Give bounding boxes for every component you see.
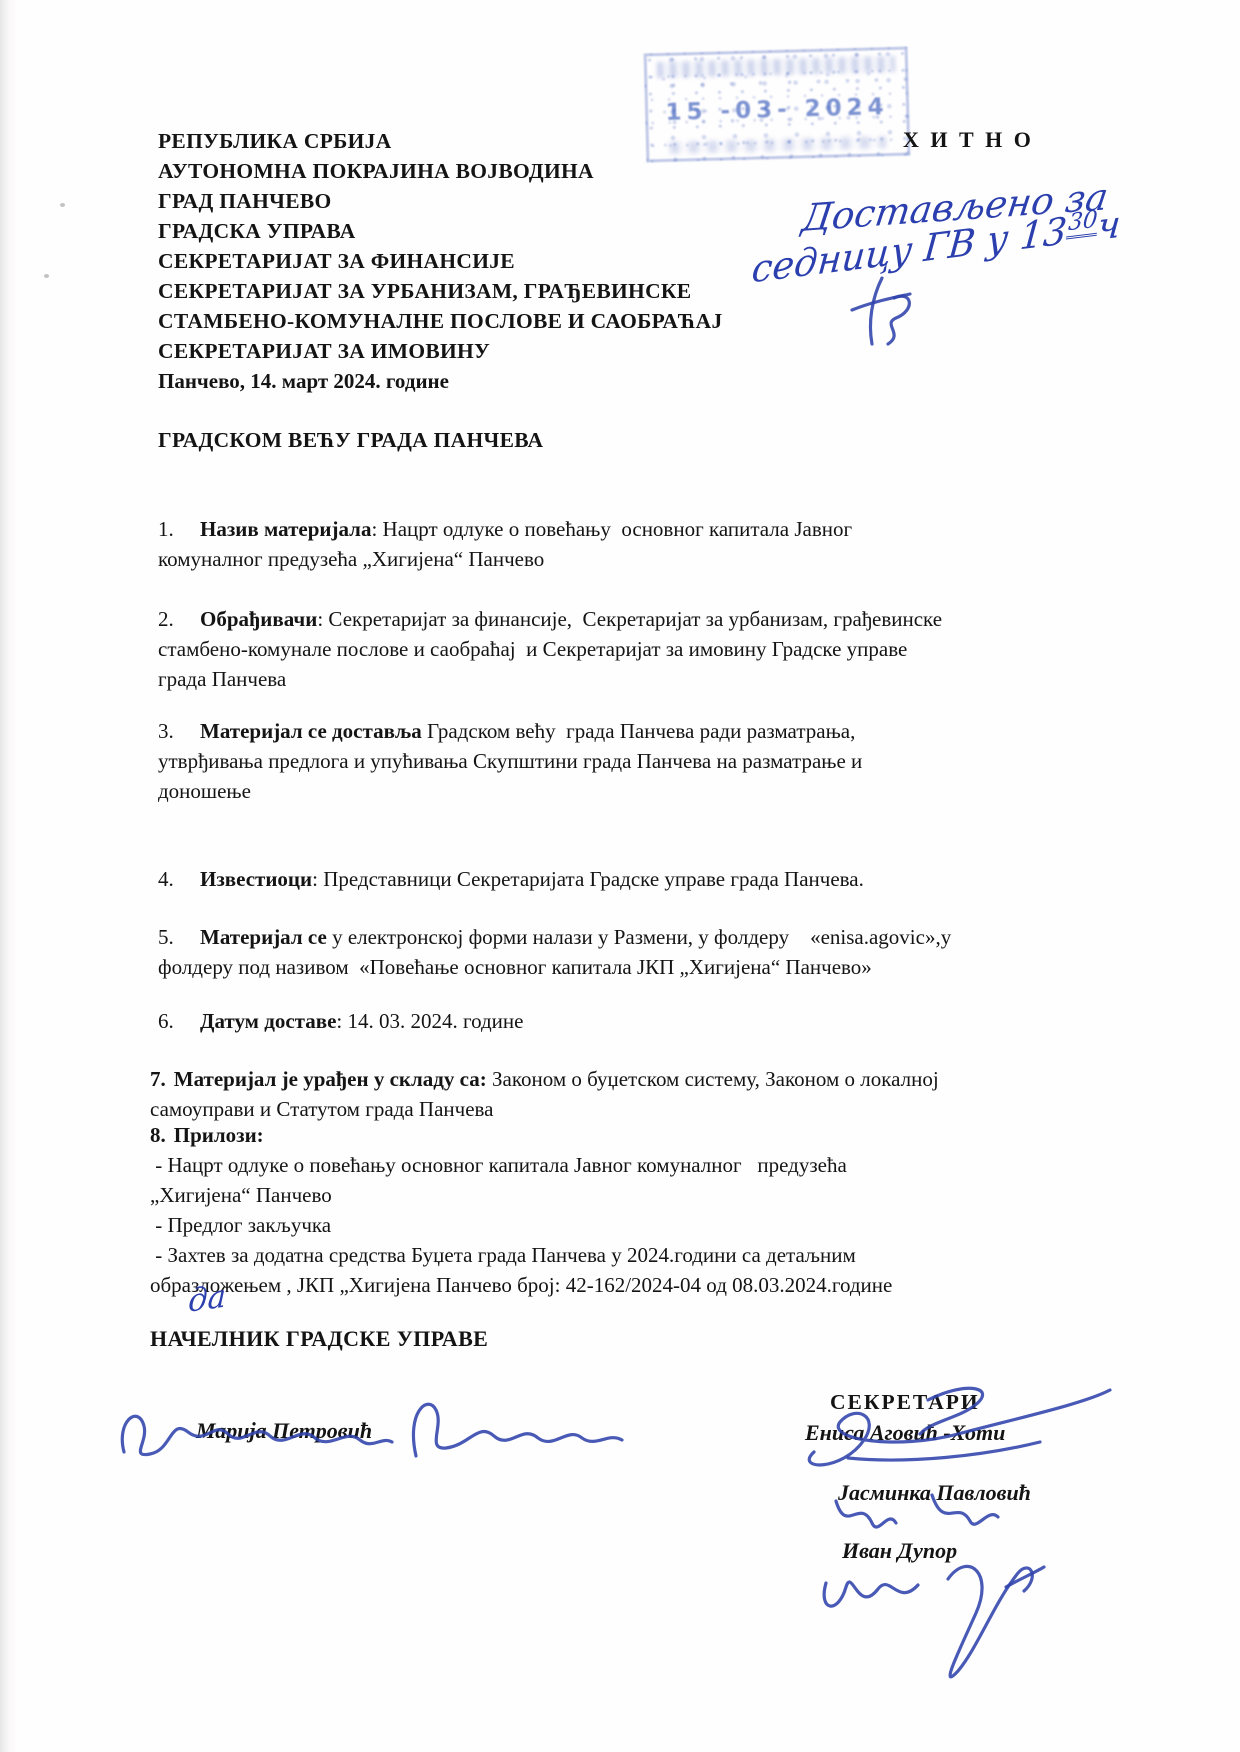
note-unit: ч bbox=[1096, 202, 1123, 249]
item-number: 2. bbox=[158, 604, 200, 634]
text-line: утврђивања предлога и упућивања Скупштин… bbox=[158, 746, 1148, 776]
document-page: 15 -03- 2024 Х И Т Н О Достављено за сед… bbox=[0, 0, 1240, 1752]
item-number: 7. bbox=[150, 1064, 166, 1094]
text-line: комуналног предузећа „Хигијена“ Панчево bbox=[158, 544, 1148, 574]
place-date: Панчево, 14. март 2024. године bbox=[158, 369, 449, 394]
urgent-label: Х И Т Н О bbox=[903, 127, 1034, 153]
item-1-continuation: комуналног предузећа „Хигијена“ Панчево bbox=[158, 544, 1148, 574]
text-line: образложењем , ЈКП „Хигијена Панчево бро… bbox=[150, 1270, 1140, 1300]
item-number: 1. bbox=[158, 514, 200, 544]
text-line: АУТОНОМНА ПОКРАЈИНА ВОЈВОДИНА bbox=[158, 156, 723, 186]
item-text: Законом о буџетском систему, Законом о л… bbox=[487, 1067, 939, 1091]
item-text: : Представници Секретаријата Градске упр… bbox=[312, 867, 864, 891]
handwritten-approval: да bbox=[188, 1278, 227, 1320]
signature-chief bbox=[110, 1392, 630, 1502]
signature-secretary-1 bbox=[778, 1378, 1118, 1478]
item-3-continuation: утврђивања предлога и упућивања Скупштин… bbox=[158, 746, 1148, 806]
letterhead: РЕПУБЛИКА СРБИЈААУТОНОМНА ПОКРАЈИНА ВОЈВ… bbox=[158, 126, 723, 366]
text-line: СЕКРЕТАРИЈАТ ЗА ИМОВИНУ bbox=[158, 336, 723, 366]
item-number: 5. bbox=[158, 922, 200, 952]
item-4-first-line: 4.Известиоци: Представници Секретаријата… bbox=[158, 864, 1148, 894]
item-6: 6.Датум доставе: 14. 03. 2024. године bbox=[158, 1006, 1148, 1036]
text-line: ГРАД ПАНЧЕВО bbox=[158, 186, 723, 216]
item-label: Материјал се доставља bbox=[200, 719, 422, 743]
item-7-first-line: 7.Материјал је урађен у складу са: Закон… bbox=[150, 1064, 1140, 1094]
item-text: : 14. 03. 2024. године bbox=[336, 1009, 523, 1033]
item-label: Назив материјала bbox=[200, 517, 371, 541]
scan-speck bbox=[44, 274, 49, 278]
text-line: „Хигијена“ Панчево bbox=[150, 1180, 1140, 1210]
scan-edge-shadow bbox=[0, 0, 18, 1752]
paraph-initials bbox=[838, 272, 918, 352]
text-line: СЕКРЕТАРИЈАТ ЗА УРБАНИЗАМ, ГРАЂЕВИНСКЕ bbox=[158, 276, 723, 306]
item-2-continuation: стамбено-комунале послове и саобраћај и … bbox=[158, 634, 1148, 694]
item-text: Градском већу града Панчева ради разматр… bbox=[422, 719, 856, 743]
item-label: Материјал се bbox=[200, 925, 327, 949]
item-number: 4. bbox=[158, 864, 200, 894]
stamp-date: 15 -03- 2024 bbox=[648, 94, 907, 127]
text-line: града Панчева bbox=[158, 664, 1148, 694]
item-6-first-line: 6.Датум доставе: 14. 03. 2024. године bbox=[158, 1006, 1148, 1036]
item-label: Материјал је урађен у складу са: bbox=[174, 1067, 487, 1091]
item-7: 7.Материјал је урађен у складу са: Закон… bbox=[150, 1064, 1140, 1124]
text-line: СЕКРЕТАРИЈАТ ЗА ФИНАНСИЈЕ bbox=[158, 246, 723, 276]
item-label: Прилози: bbox=[174, 1123, 264, 1147]
stamp-smudge bbox=[657, 56, 895, 78]
text-line: РЕПУБЛИКА СРБИЈА bbox=[158, 126, 723, 156]
text-line: доношење bbox=[158, 776, 1148, 806]
note-superscript: 30 bbox=[1066, 206, 1100, 239]
item-5-first-line: 5.Материјал се у електронској форми нала… bbox=[158, 922, 1148, 952]
text-line: - Предлог закључка bbox=[150, 1210, 1140, 1240]
item-8: 8.Прилози: - Нацрт одлуке о повећању осн… bbox=[150, 1120, 1140, 1300]
signature-secretary-3 bbox=[808, 1543, 1048, 1703]
item-5: 5.Материјал се у електронској форми нала… bbox=[158, 922, 1148, 982]
text-line: - Нацрт одлуке о повећању основног капит… bbox=[150, 1150, 1140, 1180]
item-1-first-line: 1.Назив материјала: Нацрт одлуке о повећ… bbox=[158, 514, 1148, 544]
chief-title: НАЧЕЛНИК ГРАДСКЕ УПРАВЕ bbox=[150, 1326, 488, 1352]
text-line: фолдеру под називом «Повећање основног к… bbox=[158, 952, 1148, 982]
item-label: Известиоци bbox=[200, 867, 312, 891]
item-3-first-line: 3.Материјал се доставља Градском већу гр… bbox=[158, 716, 1148, 746]
item-number: 6. bbox=[158, 1006, 200, 1036]
scan-speck bbox=[60, 203, 65, 207]
item-text: : Секретаријат за финансије, Секретарија… bbox=[317, 607, 942, 631]
item-5-continuation: фолдеру под називом «Повећање основног к… bbox=[158, 952, 1148, 982]
item-1: 1.Назив материјала: Нацрт одлуке о повећ… bbox=[158, 514, 1148, 574]
text-line: стамбено-комунале послове и саобраћај и … bbox=[158, 634, 1148, 664]
text-line: - Захтев за додатна средства Буџета град… bbox=[150, 1240, 1140, 1270]
item-2-first-line: 2.Обрађивачи: Секретаријат за финансије,… bbox=[158, 604, 1148, 634]
item-8-attachments: - Нацрт одлуке о повећању основног капит… bbox=[150, 1150, 1140, 1300]
item-label: Датум доставе bbox=[200, 1009, 336, 1033]
recipient-line: ГРАДСКОМ ВЕЋУ ГРАДА ПАНЧЕВА bbox=[158, 428, 543, 453]
item-label: Обрађивачи bbox=[200, 607, 317, 631]
item-4: 4.Известиоци: Представници Секретаријата… bbox=[158, 864, 1148, 894]
item-number: 8. bbox=[150, 1120, 166, 1150]
item-text: : Нацрт одлуке о повећању основног капит… bbox=[371, 517, 852, 541]
item-3: 3.Материјал се доставља Градском већу гр… bbox=[158, 716, 1148, 806]
text-line: ГРАДСКА УПРАВА bbox=[158, 216, 723, 246]
item-number: 3. bbox=[158, 716, 200, 746]
text-line: СТАМБЕНО-КОМУНАЛНЕ ПОСЛОВЕ И САОБРАЋАЈ bbox=[158, 306, 723, 336]
item-2: 2.Обрађивачи: Секретаријат за финансије,… bbox=[158, 604, 1148, 694]
item-text: у електронској форми налази у Размени, у… bbox=[327, 925, 951, 949]
item-8-first-line: 8.Прилози: bbox=[150, 1120, 1140, 1150]
